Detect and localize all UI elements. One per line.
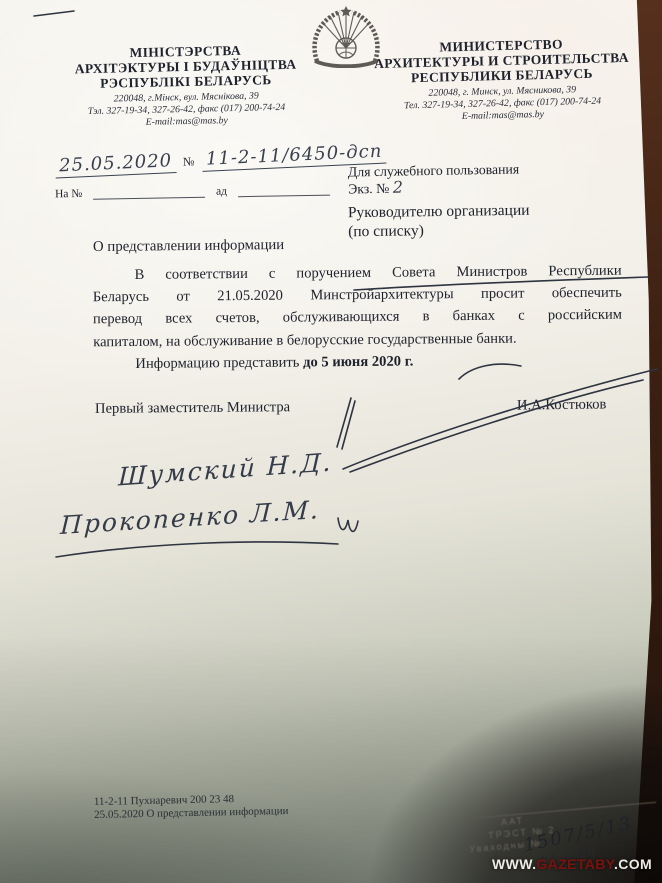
restricted-use-label: Для служебного пользования bbox=[348, 162, 520, 181]
watermark-brand: GAZETABY bbox=[536, 856, 614, 872]
body-line: перевод всех счетов, обслуживающихся в б… bbox=[93, 304, 622, 331]
executor-footer: 11-2-11 Пухнаревич 200 23 48 25.05.2020 … bbox=[94, 792, 289, 822]
document-paper bbox=[0, 0, 662, 883]
deadline-line: Информацию представить до 5 июня 2020 г. bbox=[93, 349, 622, 376]
letter-body: В соответствии с поручением Совета Минис… bbox=[93, 260, 623, 376]
reply-number-blank bbox=[93, 186, 205, 200]
signer-name: И.А.Костюков bbox=[517, 396, 607, 414]
addressee-block: Руководителю организации (по списку) bbox=[348, 201, 530, 242]
copy-number-label: Экз. № bbox=[348, 181, 389, 197]
reply-label: На № bbox=[55, 188, 82, 200]
copy-number-handwritten: 2 bbox=[393, 178, 404, 197]
watermark-prefix: WWW. bbox=[492, 856, 536, 872]
ministry-name-by: МІНІСТЭРСТВА АРХІТЭКТУРЫ І БУДАЎНІЦТВА Р… bbox=[37, 41, 334, 92]
restricted-use-note: Для служебного пользования Экз. № 2 bbox=[348, 162, 520, 198]
letterhead-left: МІНІСТЭРСТВА АРХІТЭКТУРЫ І БУДАЎНІЦТВА Р… bbox=[37, 41, 335, 131]
reply-from-label: ад bbox=[216, 185, 227, 197]
watermark-suffix: .COM bbox=[614, 856, 652, 872]
site-watermark: WWW.GAZETABY.COM bbox=[492, 856, 652, 872]
signer-position: Первый заместитель Министра bbox=[95, 399, 290, 418]
addressee-line1: Руководителю организации bbox=[348, 201, 530, 223]
ministry-address-by: 220048, г.Мінск, вул. Мяснікова, 39 Тэл.… bbox=[38, 89, 335, 131]
ministry-name-ru: МИНИСТЕРСТВО АРХИТЕКТУРЫ И СТРОИТЕЛЬСТВА… bbox=[355, 34, 648, 86]
reply-date-blank bbox=[238, 184, 330, 198]
subject-line: О представлении информации bbox=[93, 237, 284, 256]
letterhead-right: МИНИСТЕРСТВО АРХИТЕКТУРЫ И СТРОИТЕЛЬСТВА… bbox=[355, 34, 649, 125]
ministry-address-ru: 220048, г. Минск, ул. Мясникова, 39 Тел.… bbox=[356, 82, 649, 125]
deadline-date: до 5 июня 2020 г. bbox=[303, 353, 413, 370]
number-sign: № bbox=[183, 154, 196, 169]
deadline-text: Информацию представить bbox=[135, 354, 303, 371]
photo-background: МІНІСТЭРСТВА АРХІТЭКТУРЫ І БУДАЎНІЦТВА Р… bbox=[0, 0, 662, 883]
addressee-line2: (по списку) bbox=[348, 220, 530, 242]
